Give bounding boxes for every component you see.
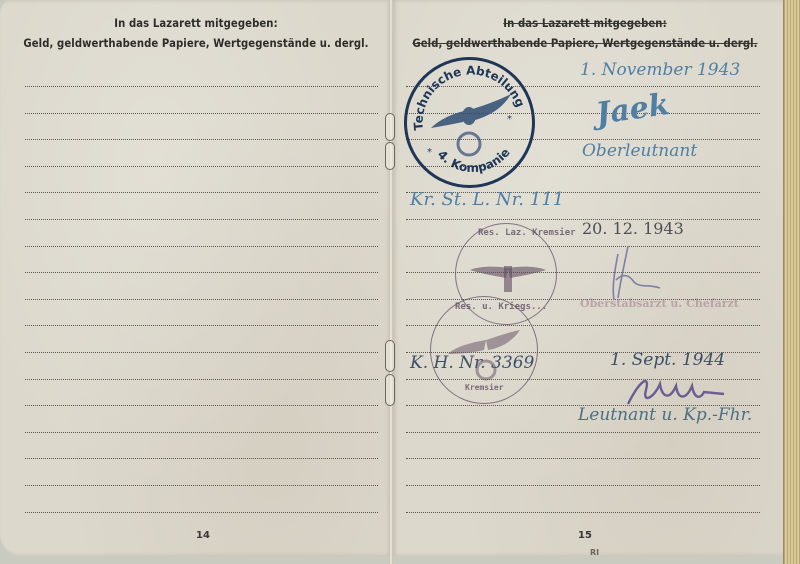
- bottom-mark: RI: [590, 548, 599, 557]
- entry-rank-2: Oberstabsarzt u. Chefarzt: [580, 297, 739, 310]
- staple-1: [385, 113, 395, 141]
- ruled-line: [406, 432, 760, 433]
- page-edges: [783, 0, 800, 564]
- signature-2: [600, 244, 680, 304]
- ruled-line: [25, 246, 378, 247]
- unit-stamp-ring-text: Technische Abteilung X 4. Kompanie * *: [407, 60, 532, 185]
- left-heading-line1: In das Lazarett mitgegeben:: [0, 17, 392, 30]
- right-heading-line1: In das Lazarett mitgegeben:: [386, 17, 784, 30]
- ruled-line: [25, 352, 378, 353]
- svg-text:4. Kompanie: 4. Kompanie: [435, 145, 513, 175]
- staple-4: [385, 374, 395, 406]
- eagle-emblem-icon: [468, 258, 548, 298]
- entry-reference-1: Kr. St. L. Nr. 111: [410, 189, 564, 210]
- staple-2: [385, 142, 395, 170]
- ruled-line: [25, 192, 378, 193]
- left-page: In das Lazarett mitgegeben: Geld, geldwe…: [0, 0, 392, 556]
- entry-date-2: 20. 12. 1943: [582, 219, 684, 238]
- ruled-line: [25, 86, 378, 87]
- entry-reference-2: K. H. Nr. 3369: [410, 353, 534, 373]
- entry-rank-1: Oberleutnant: [582, 141, 697, 161]
- ruled-line: [25, 325, 378, 326]
- ruled-line: [25, 432, 378, 433]
- hospital-stamp-2-text: Res. u. Kriegs...: [455, 302, 547, 312]
- ruled-line: [25, 272, 378, 273]
- ruled-line: [25, 379, 378, 380]
- entry-rank-3: Leutnant u. Kp.-Fhr.: [578, 405, 752, 425]
- ruled-line: [25, 113, 378, 114]
- ruled-line: [406, 458, 760, 459]
- entry-date-1: 1. November 1943: [580, 60, 740, 80]
- right-page-number: 15: [578, 530, 592, 541]
- right-heading-line2: Geld, geldwerthabende Papiere, Wertgegen…: [386, 37, 784, 50]
- entry-date-3: 1. Sept. 1944: [610, 350, 725, 370]
- left-heading-line2: Geld, geldwerthabende Papiere, Wertgegen…: [0, 37, 392, 50]
- ruled-line: [25, 166, 378, 167]
- svg-text:*: *: [507, 114, 512, 125]
- left-page-number: 14: [196, 530, 210, 541]
- ruled-line: [406, 485, 760, 486]
- spine-fold: [389, 0, 393, 564]
- ruled-line: [25, 405, 378, 406]
- ruled-line: [25, 299, 378, 300]
- ruled-line: [25, 512, 378, 513]
- svg-text:*: *: [427, 147, 432, 158]
- ruled-line: [406, 512, 760, 513]
- ruled-line: [406, 246, 760, 247]
- ruled-line: [25, 485, 378, 486]
- ruled-line: [25, 458, 378, 459]
- hospital-stamp-1-text: Res. Laz. Kremsier: [478, 228, 576, 238]
- unit-stamp: Technische Abteilung X 4. Kompanie * *: [404, 57, 535, 188]
- staple-3: [385, 340, 395, 372]
- ruled-line: [25, 219, 378, 220]
- soldbuch-spread: In das Lazarett mitgegeben: Geld, geldwe…: [0, 0, 800, 564]
- ruled-line: [25, 139, 378, 140]
